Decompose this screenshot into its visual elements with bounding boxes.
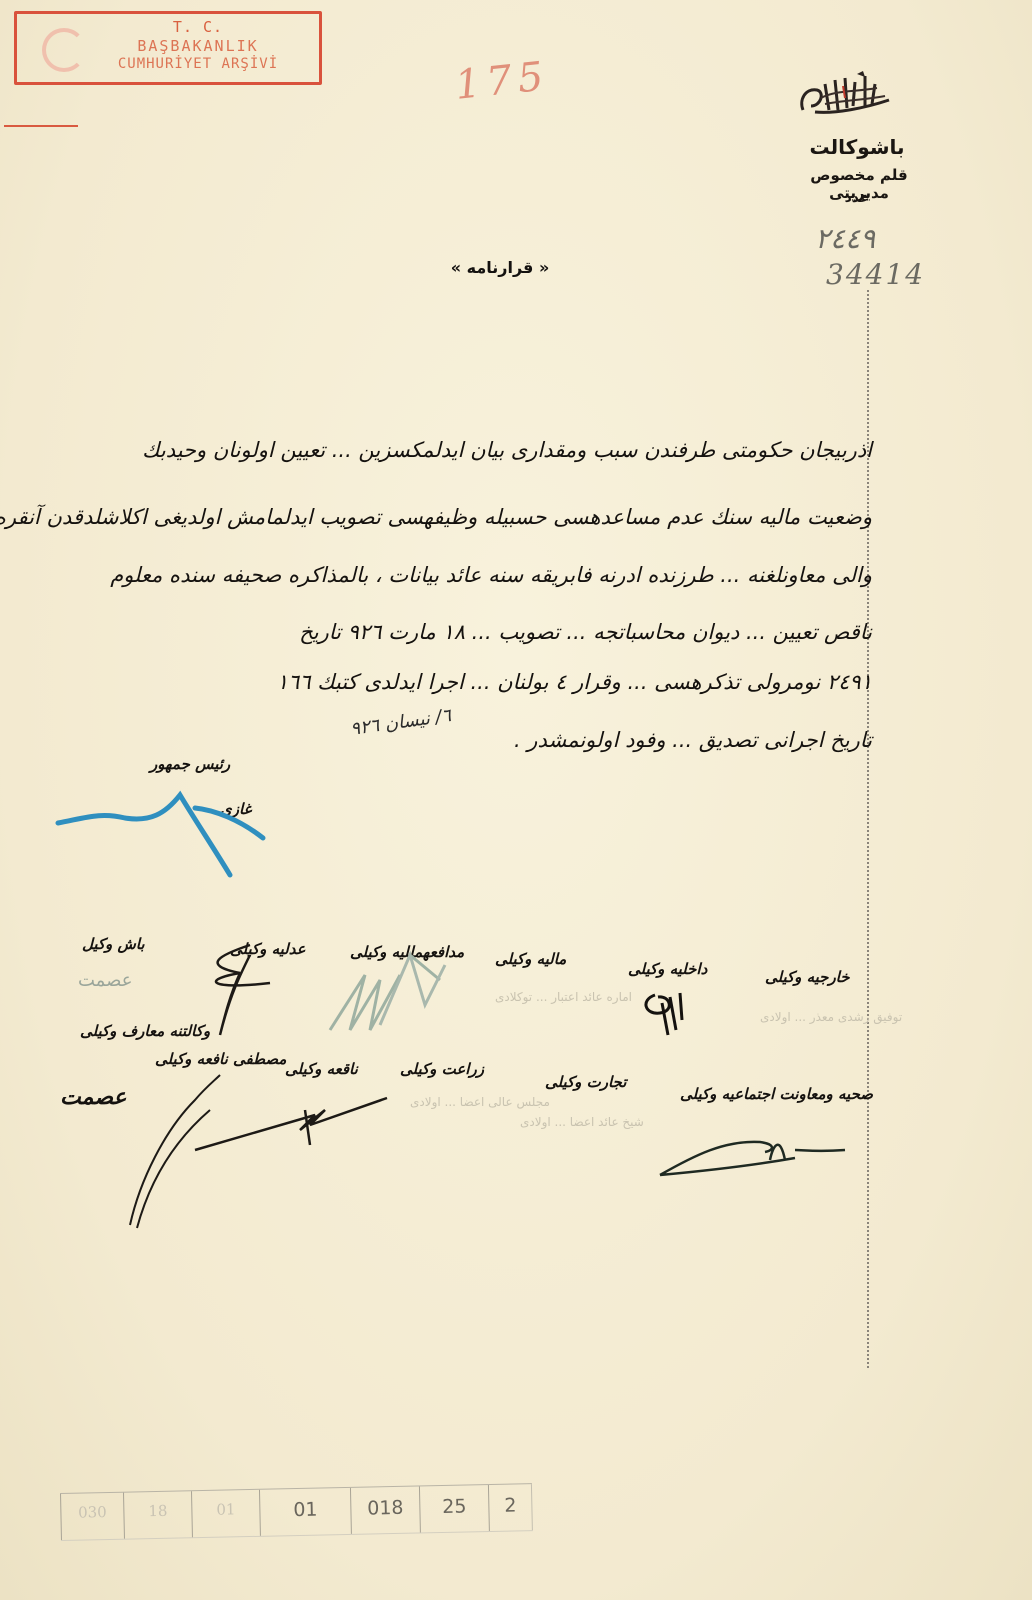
body-line: ناقص تعيين ... ديوان محاسباتجه ... تصويب…	[299, 620, 872, 644]
pencil-number: 34414	[826, 258, 925, 291]
body-line: والى معاونلغنه ... طرزنده ادرنه فابريقه …	[110, 563, 872, 587]
archive-reference-strip: 030 18 01 01 018 25 2	[60, 1483, 533, 1541]
stamp-line-3: CUMHURİYET ARŞİVİ	[17, 56, 319, 72]
ref-cell-item: 2	[488, 1484, 533, 1531]
minister-signature-interior	[640, 985, 690, 1040]
office-heading: باشوكالت	[797, 135, 917, 159]
handwritten-number: ٢٤٤٩	[815, 222, 875, 255]
minister-signatures-row2	[125, 1070, 395, 1230]
ref-cell-collection: 18	[123, 1491, 192, 1538]
body-line: تاريخ اجرانى تصديق ... وفود اولونمشدر .	[514, 728, 872, 752]
number-label: عدد	[797, 190, 917, 206]
minister-signature-health	[655, 1120, 855, 1180]
minister-title-agriculture: زراعت وكيلى	[400, 1060, 484, 1078]
red-underline-mark	[4, 125, 78, 127]
minister-title-education-acting: وكالتنه معارف وكيلى	[80, 1022, 210, 1040]
minister-title-commerce: تجارت وكيلى	[545, 1073, 626, 1091]
body-line: ٢٤٩١ نومرولى تذكرهسى ... وقرار ٤ بولنان …	[277, 670, 872, 694]
ref-cell-file: 25	[419, 1485, 489, 1532]
stamp-line-1: T. C.	[17, 18, 319, 36]
minister-note-commerce: شيخ عائد اعضا ... اولادى	[520, 1115, 644, 1129]
document-title: « قرارنامه »	[440, 258, 560, 277]
minister-note-foreign: توفيق رشدى معذر ... اولادى	[760, 1010, 902, 1024]
minister-title-public-works-1: مصطفى نافعه وكيلى	[155, 1050, 286, 1068]
minister-title-finance: ماليه وكيلى	[495, 950, 566, 968]
president-label: رئيس جمهور	[150, 755, 230, 773]
minister-sign-prime: عصمت	[78, 970, 132, 991]
minister-note-finance: اماره عائد اعتبار ... توكلادى	[495, 990, 632, 1004]
stamp-line-2: BAŞBAKANLIK	[17, 37, 319, 55]
minister-title-foreign: خارجيه وكيلى	[765, 968, 850, 986]
minister-signatures-row1	[180, 935, 470, 1045]
blue-pencil-signature	[55, 790, 270, 880]
minister-title-interior: داخليه وكيلى	[628, 960, 707, 978]
minister-title-prime: باش وكيل	[82, 935, 145, 953]
tughra-emblem-icon	[795, 70, 895, 125]
ref-cell-subseries: 01	[259, 1488, 351, 1536]
body-line: اذربيجان حكومتى طرفندن سبب ومقدارى بيان …	[142, 438, 872, 462]
minister-note-agriculture: مجلس عالى اعضا ... اولادى	[410, 1095, 550, 1109]
minister-title-health: صحيه ومعاونت اجتماعيه وكيلى	[680, 1085, 873, 1103]
body-line: وضعيت ماليه سنك عدم مساعدهسى حسبيله وظيف…	[0, 505, 872, 529]
ref-cell-series: 01	[191, 1490, 260, 1537]
archive-stamp: T. C. BAŞBAKANLIK CUMHURİYET ARŞİVİ	[14, 11, 322, 85]
ref-cell-fond: 030	[60, 1493, 124, 1540]
ref-cell-box: 018	[350, 1486, 420, 1533]
minister-sign-education: عصمت	[60, 1085, 127, 1110]
page-number: 175	[453, 53, 552, 109]
